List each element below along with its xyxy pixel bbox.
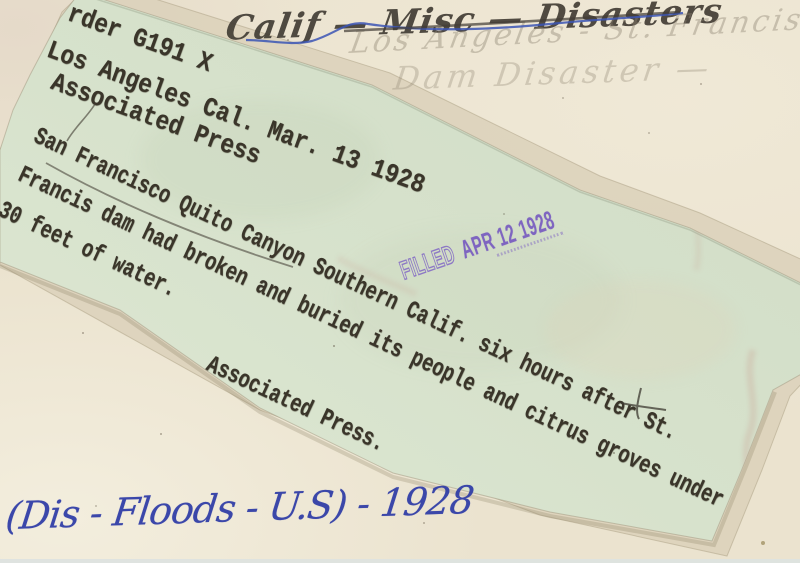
filed-date-stamp: FILLEDAPR 12 1928 xyxy=(396,166,669,286)
paper-specks xyxy=(0,0,2,2)
album-page: rder G191 X Los Angeles Cal. Mar. 13 192… xyxy=(0,0,800,563)
scanner-edge-strip xyxy=(0,559,800,563)
filing-annotation-ink: (Dis - Floods - U.S) - 1928 xyxy=(3,478,475,539)
typed-line-caption-2: Francis dam had broken and buried its pe… xyxy=(13,161,728,515)
stamp-word: FILLED xyxy=(396,239,459,286)
stamp-date: APR 12 1928 xyxy=(457,204,558,264)
date-stamp-row: FILLEDAPR 12 1928 xyxy=(396,204,559,286)
typed-line-credit-bottom: Associated Press. xyxy=(202,350,390,458)
